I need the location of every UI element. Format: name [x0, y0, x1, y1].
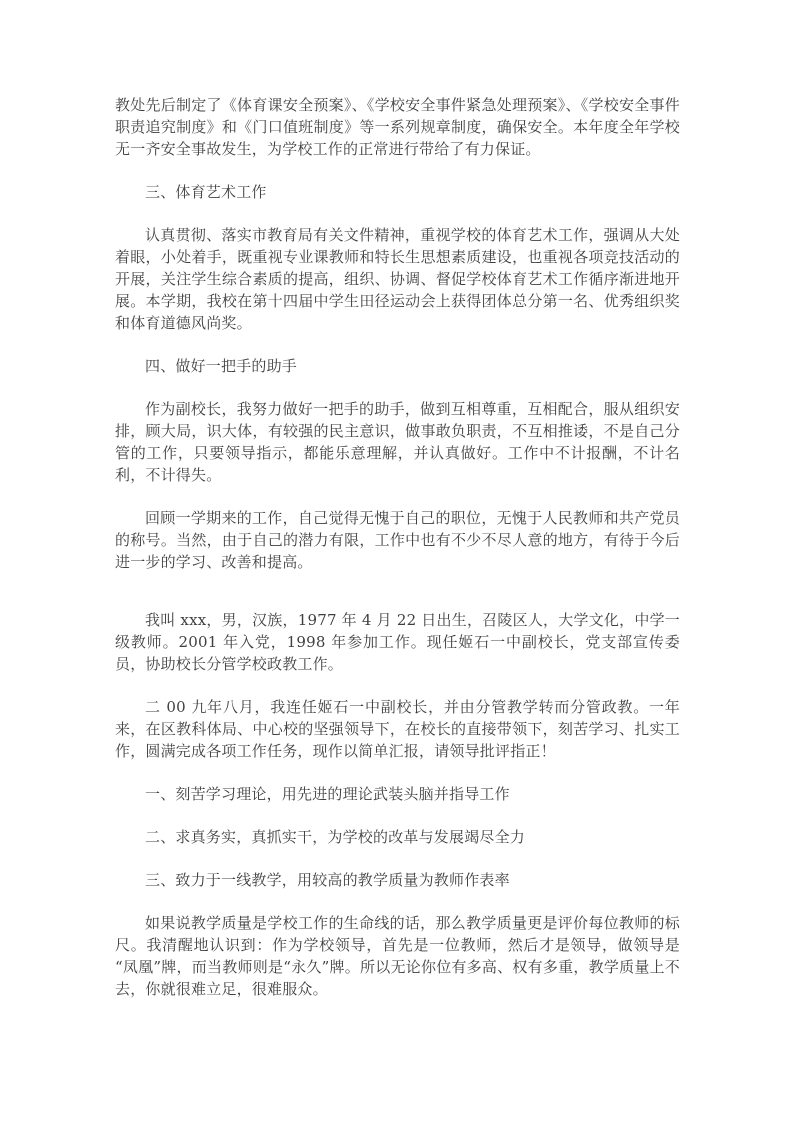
section-heading-frontline-teaching: 三、致力于一线教学，用较高的教学质量为教师作表率 [115, 869, 680, 891]
body-paragraph-review: 回顾一学期来的工作，自己觉得无愧于自己的职位，无愧于人民教师和共产党员的称号。当… [115, 507, 680, 573]
section-heading-assistant: 四、做好一把手的助手 [115, 355, 680, 377]
body-paragraph-continuation: 教处先后制定了《体育课安全预案》、《学校安全事件紧急处理预案》、《学校安全事件职… [115, 94, 680, 160]
section-heading-study-theory: 一、刻苦学习理论，用先进的理论武装头脑并指导工作 [115, 783, 680, 805]
section-heading-sports-art: 三、体育艺术工作 [115, 181, 680, 203]
body-paragraph-self-intro: 我叫 xxx，男，汉族，1977 年 4 月 22 日出生，召陵区人，大学文化，… [115, 609, 680, 675]
section-heading-pragmatic-work: 二、求真务实，真抓实干，为学校的改革与发展竭尽全力 [115, 826, 680, 848]
body-paragraph-teaching-quality: 如果说教学质量是学校工作的生命线的话，那么教学质量更是评价每位教师的标尺。我清醒… [115, 912, 680, 1000]
body-paragraph-assistant: 作为副校长，我努力做好一把手的助手，做到互相尊重，互相配合，服从组织安排，顾大局… [115, 398, 680, 486]
body-paragraph-reappointment: 二 00 九年八月，我连任姬石一中副校长，并由分管教学转而分管政教。一年来，在区… [115, 696, 680, 762]
document-page: 教处先后制定了《体育课安全预案》、《学校安全事件紧急处理预案》、《学校安全事件职… [0, 0, 793, 1122]
body-paragraph-sports-art: 认真贯彻、落实市教育局有关文件精神，重视学校的体育艺术工作，强调从大处着眼，小处… [115, 224, 680, 334]
